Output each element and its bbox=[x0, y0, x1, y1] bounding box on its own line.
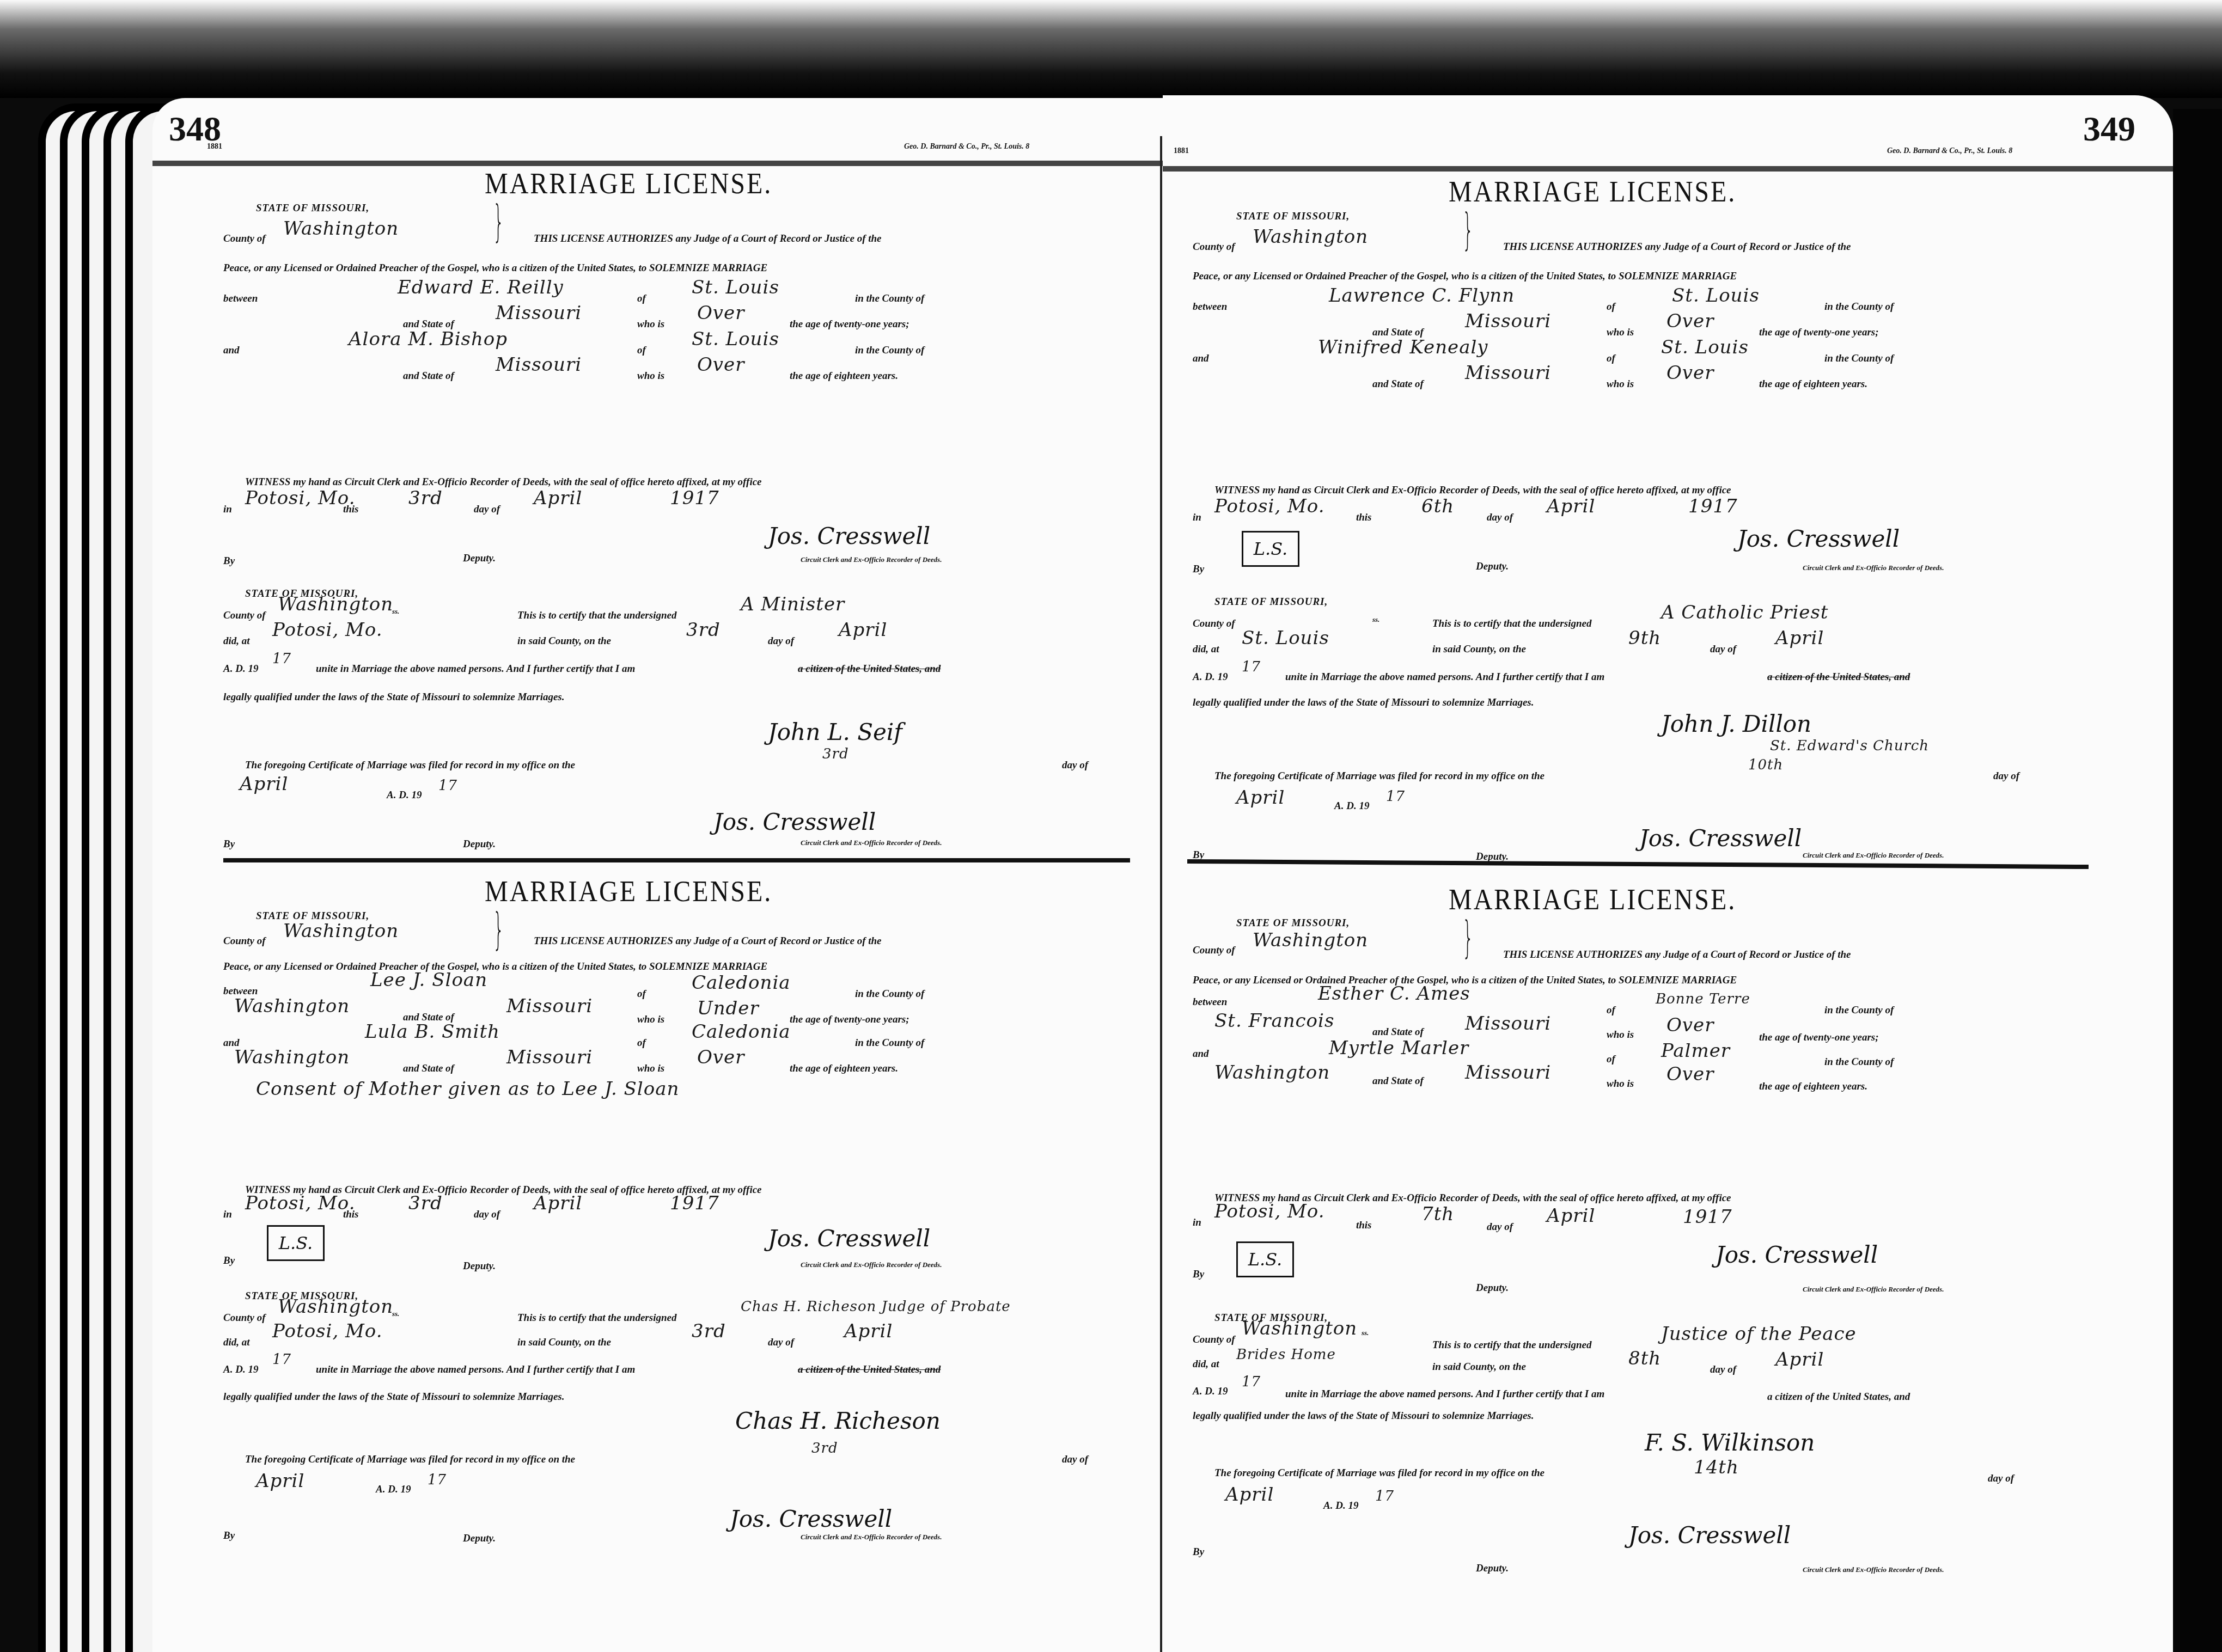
age-18-label: the age of eighteen years. bbox=[1759, 378, 1867, 390]
groom-county: St. Francois bbox=[1214, 1010, 1334, 1032]
printer-imprint: Geo. D. Barnard & Co., Pr., St. Louis. 8 bbox=[904, 143, 1029, 151]
bride-state: Missouri bbox=[506, 1047, 593, 1068]
who-is-label: who is bbox=[637, 1014, 664, 1026]
license-title: MARRIAGE LICENSE. bbox=[1449, 175, 1736, 209]
and-state-label: and State of bbox=[1372, 1075, 1424, 1087]
witness-month: April bbox=[534, 487, 582, 509]
cert-day: 9th bbox=[1628, 627, 1661, 649]
in-county-label: in the County of bbox=[1824, 301, 1894, 313]
witness-day: 3rd bbox=[408, 1192, 443, 1214]
marriage-license-2: MARRIAGE LICENSE. STATE OF MISSOURI, } C… bbox=[223, 871, 1127, 1579]
certify-text: This is to certify that the undersigned bbox=[517, 1312, 676, 1324]
state-label: STATE OF MISSOURI, bbox=[1236, 917, 1350, 929]
witness-month: April bbox=[1547, 1205, 1595, 1227]
by-label: By bbox=[223, 555, 235, 567]
witness-text: WITNESS my hand as Circuit Clerk and Ex-… bbox=[245, 476, 762, 488]
witness-month: April bbox=[1547, 495, 1595, 517]
clerk-signature: Jos. Cresswell bbox=[768, 1225, 930, 1252]
ss-label: ss. bbox=[1362, 1329, 1369, 1337]
witness-place: Potosi, Mo. bbox=[1214, 495, 1325, 517]
in-said-county-label: in said County, on the bbox=[517, 635, 611, 647]
header-rule bbox=[1163, 166, 2173, 172]
in-label: in bbox=[223, 504, 232, 516]
age-18-label: the age of eighteen years. bbox=[790, 1063, 898, 1075]
county-label: County of bbox=[223, 935, 266, 947]
bride-age-status: Over bbox=[1666, 1063, 1714, 1085]
filed-month: April bbox=[1236, 787, 1285, 809]
of-label: of bbox=[1607, 1005, 1615, 1017]
ad-label: A. D. 19 bbox=[223, 663, 258, 675]
county-label: County of bbox=[223, 233, 266, 245]
ad-label: A. D. 19 bbox=[376, 1484, 411, 1496]
unite-text: unite in Marriage the above named person… bbox=[1285, 1388, 1604, 1400]
officiant-signature: John J. Dillon bbox=[1661, 711, 1811, 737]
officiant-title: Chas H. Richeson Judge of Probate bbox=[741, 1299, 1011, 1315]
marriage-license-0: MARRIAGE LICENSE. STATE OF MISSOURI, } C… bbox=[223, 163, 1127, 855]
groom-age-status: Over bbox=[1666, 310, 1714, 332]
witness-year: 1917 bbox=[670, 487, 719, 509]
filed-day: 3rd bbox=[822, 746, 849, 762]
foregoing-text: The foregoing Certificate of Marriage wa… bbox=[1214, 1467, 1545, 1479]
cert-year: 17 bbox=[272, 651, 291, 667]
deputy-label: Deputy. bbox=[463, 1533, 496, 1545]
groom-state: Missouri bbox=[1465, 1013, 1551, 1035]
bride-age-status: Over bbox=[697, 1047, 744, 1068]
witness-year: 1917 bbox=[1688, 495, 1738, 517]
officiant-signature: Chas H. Richeson bbox=[735, 1408, 941, 1434]
groom-of: St. Louis bbox=[692, 277, 779, 298]
groom-name: Lee J. Sloan bbox=[370, 969, 487, 991]
peace-text: Peace, or any Licensed or Ordained Preac… bbox=[223, 262, 767, 274]
officiant-signature: John L. Seif bbox=[768, 719, 902, 745]
and-label: and bbox=[223, 345, 240, 357]
day-of-label: day of bbox=[1710, 1364, 1736, 1376]
bride-name: Myrtle Marler bbox=[1329, 1037, 1469, 1059]
and-state-label: and State of bbox=[1372, 1026, 1424, 1038]
cert-place: Potosi, Mo. bbox=[272, 619, 383, 641]
and-state-label: and State of bbox=[403, 370, 454, 382]
by-label: By bbox=[223, 1255, 235, 1267]
filed-month: April bbox=[240, 773, 288, 795]
witness-year: 1917 bbox=[670, 1192, 719, 1214]
filed-year: 17 bbox=[1375, 1488, 1394, 1504]
foregoing-text: The foregoing Certificate of Marriage wa… bbox=[245, 760, 575, 772]
ss-label: ss. bbox=[392, 1310, 399, 1318]
day-of-end-label: day of bbox=[1062, 1454, 1088, 1466]
citizen-clause-struck: a citizen of the United States, and bbox=[798, 663, 941, 675]
recorder-signature: Jos. Cresswell bbox=[713, 809, 876, 835]
county-value: Washington bbox=[283, 218, 399, 240]
cert-month: April bbox=[844, 1320, 893, 1342]
cert-day: 8th bbox=[1628, 1348, 1661, 1369]
cert-county: Washington bbox=[278, 1296, 393, 1318]
bride-of: Caledonia bbox=[692, 1021, 791, 1043]
between-label: between bbox=[1193, 301, 1227, 313]
ss-label: ss. bbox=[392, 607, 399, 616]
filed-day: 14th bbox=[1694, 1457, 1739, 1478]
ss-label: ss. bbox=[1372, 615, 1379, 624]
clerk-title: Circuit Clerk and Ex-Officio Recorder of… bbox=[1803, 1565, 1944, 1574]
by-label: By bbox=[1193, 1546, 1204, 1558]
in-said-county-label: in said County, on the bbox=[1432, 644, 1526, 656]
county-label: County of bbox=[1193, 618, 1235, 630]
cert-month: April bbox=[839, 619, 887, 641]
did-at-label: did, at bbox=[1193, 1359, 1219, 1370]
clerk-title: Circuit Clerk and Ex-Officio Recorder of… bbox=[801, 555, 942, 564]
filed-month: April bbox=[256, 1470, 304, 1492]
bride-state: Missouri bbox=[1465, 362, 1551, 384]
ad-label: A. D. 19 bbox=[1193, 1386, 1228, 1398]
of-label: of bbox=[1607, 1054, 1615, 1066]
witness-year: 1917 bbox=[1683, 1206, 1732, 1228]
deputy-label: Deputy. bbox=[1476, 561, 1509, 573]
witness-day: 3rd bbox=[408, 487, 443, 509]
state-label: STATE OF MISSOURI, bbox=[1214, 596, 1328, 608]
witness-place: Potosi, Mo. bbox=[1214, 1201, 1325, 1222]
section-divider bbox=[223, 858, 1130, 862]
authorizes-text: THIS LICENSE AUTHORIZES any Judge of a C… bbox=[1503, 241, 1851, 253]
this-label: this bbox=[1356, 512, 1372, 524]
bride-of: St. Louis bbox=[692, 328, 779, 350]
in-county-label: in the County of bbox=[1824, 1005, 1894, 1017]
age-21-label: the age of twenty-one years; bbox=[790, 319, 909, 331]
authorizes-text: THIS LICENSE AUTHORIZES any Judge of a C… bbox=[534, 233, 882, 245]
in-county-label: in the County of bbox=[855, 293, 924, 305]
recorder-signature: Jos. Cresswell bbox=[1628, 1522, 1791, 1549]
and-state-label: and State of bbox=[403, 1063, 454, 1075]
filed-year: 17 bbox=[438, 778, 457, 794]
by-label: By bbox=[1193, 1269, 1204, 1281]
deputy-label: Deputy. bbox=[1476, 1563, 1509, 1575]
ad-label: A. D. 19 bbox=[387, 790, 422, 801]
of-label: of bbox=[1607, 301, 1615, 313]
form-number: 1881 bbox=[207, 143, 222, 151]
of-label: of bbox=[637, 1037, 646, 1049]
day-of-end-label: day of bbox=[1062, 760, 1088, 772]
license-title: MARRIAGE LICENSE. bbox=[485, 874, 772, 909]
clerk-title: Circuit Clerk and Ex-Officio Recorder of… bbox=[1803, 564, 1944, 572]
who-is-label: who is bbox=[1607, 378, 1634, 390]
in-said-county-label: in said County, on the bbox=[1432, 1361, 1526, 1373]
groom-of: Bonne Terre bbox=[1656, 991, 1750, 1007]
deputy-label: Deputy. bbox=[463, 1261, 496, 1272]
county-label: County of bbox=[223, 1312, 266, 1324]
deputy-label: Deputy. bbox=[1476, 1282, 1509, 1294]
cert-year: 17 bbox=[1242, 1374, 1261, 1390]
bride-county: Washington bbox=[1214, 1062, 1330, 1084]
unite-text: unite in Marriage the above named person… bbox=[316, 663, 635, 675]
groom-name: Lawrence C. Flynn bbox=[1329, 285, 1515, 307]
who-is-label: who is bbox=[637, 1063, 664, 1075]
in-label: in bbox=[1193, 1217, 1201, 1229]
clerk-title: Circuit Clerk and Ex-Officio Recorder of… bbox=[801, 1533, 942, 1541]
citizen-clause-struck: a citizen of the United States, and bbox=[1767, 671, 1910, 683]
officiant-note: St. Edward's Church bbox=[1770, 738, 1929, 754]
witness-place: Potosi, Mo. bbox=[245, 487, 356, 509]
witness-text: WITNESS my hand as Circuit Clerk and Ex-… bbox=[1214, 485, 1731, 497]
groom-name: Edward E. Reilly bbox=[398, 277, 564, 298]
state-label: STATE OF MISSOURI, bbox=[1236, 211, 1350, 223]
between-label: between bbox=[1193, 996, 1227, 1008]
witness-place: Potosi, Mo. bbox=[245, 1192, 356, 1214]
officiant-title: Justice of the Peace bbox=[1661, 1323, 1857, 1345]
bride-of: Palmer bbox=[1661, 1040, 1730, 1062]
right-book-edge bbox=[2173, 109, 2222, 1652]
cert-place: Brides Home bbox=[1236, 1347, 1336, 1363]
brace: } bbox=[1462, 204, 1473, 255]
bride-county: Washington bbox=[234, 1047, 350, 1068]
ad-label: A. D. 19 bbox=[1323, 1500, 1358, 1512]
bride-age-status: Over bbox=[697, 354, 744, 376]
brace: } bbox=[1462, 912, 1473, 963]
legally-text: legally qualified under the laws of the … bbox=[1193, 1410, 1534, 1422]
in-county-label: in the County of bbox=[855, 1037, 924, 1049]
license-title: MARRIAGE LICENSE. bbox=[1449, 883, 1736, 917]
clerk-signature: Jos. Cresswell bbox=[1716, 1241, 1878, 1268]
legally-text: legally qualified under the laws of the … bbox=[223, 692, 565, 703]
in-label: in bbox=[1193, 512, 1201, 524]
groom-age-status: Over bbox=[697, 302, 744, 324]
day-of-label: day of bbox=[1710, 644, 1736, 656]
groom-name: Esther C. Ames bbox=[1318, 983, 1470, 1005]
in-county-label: in the County of bbox=[1824, 353, 1894, 365]
by-label: By bbox=[1193, 564, 1204, 576]
cert-day: 3rd bbox=[686, 619, 721, 641]
filed-year: 17 bbox=[428, 1472, 447, 1488]
day-of-label: day of bbox=[768, 635, 794, 647]
authorizes-text: THIS LICENSE AUTHORIZES any Judge of a C… bbox=[1503, 949, 1851, 961]
day-of-label: day of bbox=[768, 1337, 794, 1349]
day-of-end-label: day of bbox=[1988, 1473, 2014, 1485]
clerk-title: Circuit Clerk and Ex-Officio Recorder of… bbox=[801, 839, 942, 847]
clerk-title: Circuit Clerk and Ex-Officio Recorder of… bbox=[1803, 851, 1944, 860]
of-label: of bbox=[637, 345, 646, 357]
ad-label: A. D. 19 bbox=[1334, 800, 1369, 812]
by-label: By bbox=[223, 839, 235, 851]
deputy-label: Deputy. bbox=[463, 553, 496, 565]
bride-of: St. Louis bbox=[1661, 336, 1749, 358]
groom-state: Missouri bbox=[496, 302, 582, 324]
page-stack-edges bbox=[38, 93, 163, 1652]
bride-state: Missouri bbox=[496, 354, 582, 376]
bride-name: Alora M. Bishop bbox=[349, 328, 508, 350]
citizen-clause: a citizen of the United States, and bbox=[1767, 1391, 1910, 1403]
consent-note: Consent of Mother given as to Lee J. Slo… bbox=[256, 1078, 679, 1100]
legally-text: legally qualified under the laws of the … bbox=[223, 1391, 565, 1403]
age-21-label: the age of twenty-one years; bbox=[1759, 1032, 1879, 1044]
clerk-title: Circuit Clerk and Ex-Officio Recorder of… bbox=[1803, 1285, 1944, 1294]
age-21-label: the age of twenty-one years; bbox=[790, 1014, 909, 1026]
in-said-county-label: in said County, on the bbox=[517, 1337, 611, 1349]
authorizes-text: THIS LICENSE AUTHORIZES any Judge of a C… bbox=[534, 935, 882, 947]
book-gutter bbox=[1160, 136, 1162, 1652]
did-at-label: did, at bbox=[223, 1337, 250, 1349]
cert-day: 3rd bbox=[692, 1320, 726, 1342]
who-is-label: who is bbox=[637, 370, 664, 382]
groom-state: Missouri bbox=[1465, 310, 1551, 332]
in-county-label: in the County of bbox=[1824, 1056, 1894, 1068]
printer-imprint: Geo. D. Barnard & Co., Pr., St. Louis. 8 bbox=[1887, 147, 2012, 156]
age-21-label: the age of twenty-one years; bbox=[1759, 327, 1879, 339]
filed-month: April bbox=[1225, 1484, 1274, 1506]
clerk-signature: Jos. Cresswell bbox=[768, 523, 930, 549]
citizen-clause-struck: a citizen of the United States, and bbox=[798, 1364, 941, 1376]
witness-month: April bbox=[534, 1192, 582, 1214]
day-of-label: day of bbox=[1487, 1221, 1513, 1233]
groom-age-status: Over bbox=[1666, 1014, 1714, 1036]
groom-age-status: Under bbox=[697, 998, 759, 1019]
did-at-label: did, at bbox=[223, 635, 250, 647]
in-county-label: in the County of bbox=[855, 345, 924, 357]
day-of-label: day of bbox=[1487, 512, 1513, 524]
cert-place: Potosi, Mo. bbox=[272, 1320, 383, 1342]
cert-county: Washington bbox=[1242, 1318, 1357, 1339]
recorder-signature: Jos. Cresswell bbox=[730, 1506, 892, 1532]
county-label: County of bbox=[1193, 1334, 1235, 1346]
marriage-license-3: MARRIAGE LICENSE. STATE OF MISSOURI, } C… bbox=[1193, 879, 2097, 1587]
day-of-end-label: day of bbox=[1993, 770, 2019, 782]
in-label: in bbox=[223, 1209, 232, 1221]
cert-year: 17 bbox=[1242, 659, 1261, 675]
groom-of: Caledonia bbox=[692, 972, 791, 994]
of-label: of bbox=[1607, 353, 1615, 365]
day-of-label: day of bbox=[474, 1209, 500, 1221]
officiant-title: A Minister bbox=[741, 594, 845, 615]
who-is-label: who is bbox=[1607, 1029, 1634, 1041]
day-of-label: day of bbox=[474, 504, 500, 516]
officiant-signature: F. S. Wilkinson bbox=[1645, 1429, 1815, 1456]
cert-place: St. Louis bbox=[1242, 627, 1329, 649]
county-label: County of bbox=[1193, 945, 1235, 957]
peace-text: Peace, or any Licensed or Ordained Preac… bbox=[1193, 271, 1737, 283]
county-label: County of bbox=[1193, 241, 1235, 253]
recorder-signature: Jos. Cresswell bbox=[1639, 825, 1802, 852]
this-label: this bbox=[343, 1209, 359, 1221]
ad-label: A. D. 19 bbox=[1193, 671, 1228, 683]
certify-text: This is to certify that the undersigned bbox=[1432, 618, 1591, 630]
seal-ls: L.S. bbox=[267, 1225, 325, 1261]
groom-county: Washington bbox=[234, 995, 350, 1017]
bride-age-status: Over bbox=[1666, 362, 1714, 384]
did-at-label: did, at bbox=[1193, 644, 1219, 656]
age-18-label: the age of eighteen years. bbox=[1759, 1081, 1867, 1093]
cert-month: April bbox=[1775, 1349, 1824, 1370]
seal-ls: L.S. bbox=[1236, 1241, 1294, 1277]
marriage-license-1: MARRIAGE LICENSE. STATE OF MISSOURI, } C… bbox=[1193, 172, 2097, 863]
by-label: By bbox=[223, 1530, 235, 1542]
by-label: By bbox=[1193, 849, 1204, 861]
bride-name: Lula B. Smith bbox=[365, 1021, 500, 1043]
certify-text: This is to certify that the undersigned bbox=[1432, 1339, 1591, 1351]
filed-day: 10th bbox=[1748, 757, 1783, 773]
clerk-signature: Jos. Cresswell bbox=[1737, 525, 1900, 552]
in-county-label: in the County of bbox=[855, 988, 924, 1000]
deputy-label: Deputy. bbox=[463, 839, 496, 851]
certify-text: This is to certify that the undersigned bbox=[517, 610, 676, 622]
clerk-title: Circuit Clerk and Ex-Officio Recorder of… bbox=[801, 1261, 942, 1269]
page-number: 349 bbox=[2083, 109, 2135, 149]
cert-year: 17 bbox=[272, 1351, 291, 1368]
this-label: this bbox=[1356, 1220, 1372, 1232]
cert-county: Washington bbox=[278, 594, 393, 615]
county-value: Washington bbox=[283, 920, 399, 942]
unite-text: unite in Marriage the above named person… bbox=[316, 1364, 635, 1376]
who-is-label: who is bbox=[637, 319, 664, 331]
book-top-edge bbox=[0, 0, 2222, 98]
who-is-label: who is bbox=[1607, 327, 1634, 339]
legally-text: legally qualified under the laws of the … bbox=[1193, 697, 1534, 709]
of-label: of bbox=[637, 988, 646, 1000]
cert-month: April bbox=[1775, 627, 1824, 649]
witness-day: 7th bbox=[1421, 1203, 1454, 1225]
groom-of: St. Louis bbox=[1672, 285, 1760, 307]
seal-ls: L.S. bbox=[1242, 531, 1299, 567]
this-label: this bbox=[343, 504, 359, 516]
peace-text: Peace, or any Licensed or Ordained Preac… bbox=[223, 961, 767, 973]
form-number: 1881 bbox=[1174, 147, 1189, 156]
unite-text: unite in Marriage the above named person… bbox=[1285, 671, 1604, 683]
deputy-label: Deputy. bbox=[1476, 851, 1509, 863]
foregoing-text: The foregoing Certificate of Marriage wa… bbox=[1214, 770, 1545, 782]
age-18-label: the age of eighteen years. bbox=[790, 370, 898, 382]
state-label: STATE OF MISSOURI, bbox=[256, 203, 369, 215]
bride-state: Missouri bbox=[1465, 1062, 1551, 1084]
who-is-label: who is bbox=[1607, 1078, 1634, 1090]
and-state-label: and State of bbox=[1372, 378, 1424, 390]
witness-day: 6th bbox=[1421, 495, 1454, 517]
county-value: Washington bbox=[1253, 226, 1368, 248]
and-label: and bbox=[1193, 353, 1209, 365]
county-label: County of bbox=[223, 610, 266, 622]
filed-year: 17 bbox=[1386, 788, 1405, 805]
officiant-title: A Catholic Priest bbox=[1661, 602, 1829, 623]
license-title: MARRIAGE LICENSE. bbox=[485, 167, 772, 201]
bride-name: Winifred Kenealy bbox=[1318, 336, 1488, 358]
brace: } bbox=[493, 196, 504, 247]
of-label: of bbox=[637, 293, 646, 305]
county-value: Washington bbox=[1253, 929, 1368, 951]
brace: } bbox=[493, 904, 504, 955]
filed-day: 3rd bbox=[811, 1440, 838, 1457]
and-label: and bbox=[1193, 1048, 1209, 1060]
groom-state: Missouri bbox=[506, 995, 593, 1017]
ad-label: A. D. 19 bbox=[223, 1364, 258, 1376]
between-label: between bbox=[223, 293, 258, 305]
foregoing-text: The foregoing Certificate of Marriage wa… bbox=[245, 1454, 575, 1466]
